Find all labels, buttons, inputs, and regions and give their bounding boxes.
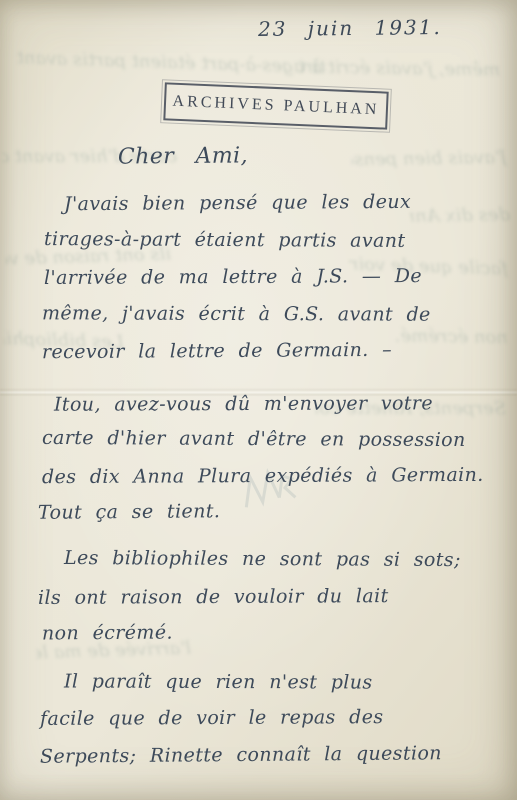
letter-line-4: même, j'avais écrit à G.S. avant de [42, 302, 431, 325]
archives-stamp: ARCHIVES PAULHAN [163, 82, 388, 129]
verso-bleedthrough-text: J'avais bien pensé que les deux [352, 147, 507, 170]
letter-date: 23 juin 1931. [258, 15, 442, 41]
letter-line-9: Tout ça se tient. [38, 500, 220, 524]
letter-line-2: tirages-à-part étaient partis avant [44, 228, 406, 252]
letter-line-6: Itou, avez-vous dû m'envoyer votre [54, 392, 433, 415]
letter-line-5: recevoir la lettre de Germain. – [42, 339, 392, 363]
verso-bleedthrough-text: tirages-à-part étaient partis avant [16, 47, 327, 78]
letter-line-11: ils ont raison de vouloir du lait [38, 585, 389, 609]
letter-line-13: Il paraît que rien n'est plus [64, 670, 373, 693]
verso-bleedthrough-text: même, j'avais écrit à G.S. avant de [300, 56, 500, 80]
letter-line-7: carte d'hier avant d'être en possession [42, 427, 466, 451]
letter-line-12: non écrémé. [42, 622, 173, 645]
salutation: Cher Ami, [118, 143, 248, 169]
letter-line-15: Serpents; Rinette connaît la question [40, 742, 442, 768]
letter-line-14: facile que de voir le repas des [40, 706, 384, 730]
letter-line-8: des dix Anna Plura expédiés à Germain. [42, 464, 484, 488]
verso-bleedthrough-text: des dix Anna Plura expédiés à Germain. [410, 204, 510, 227]
letter-scan: tirages-à-part étaient partis avantmême,… [0, 0, 517, 800]
letter-line-3: l'arrivée de ma lettre à J.S. — De [44, 265, 422, 289]
letter-line-10: Les bibliophiles ne sont pas si sots; [64, 547, 461, 571]
archives-stamp-text: ARCHIVES PAULHAN [172, 93, 380, 120]
letter-line-1: J'avais bien pensé que les deux [64, 191, 411, 215]
